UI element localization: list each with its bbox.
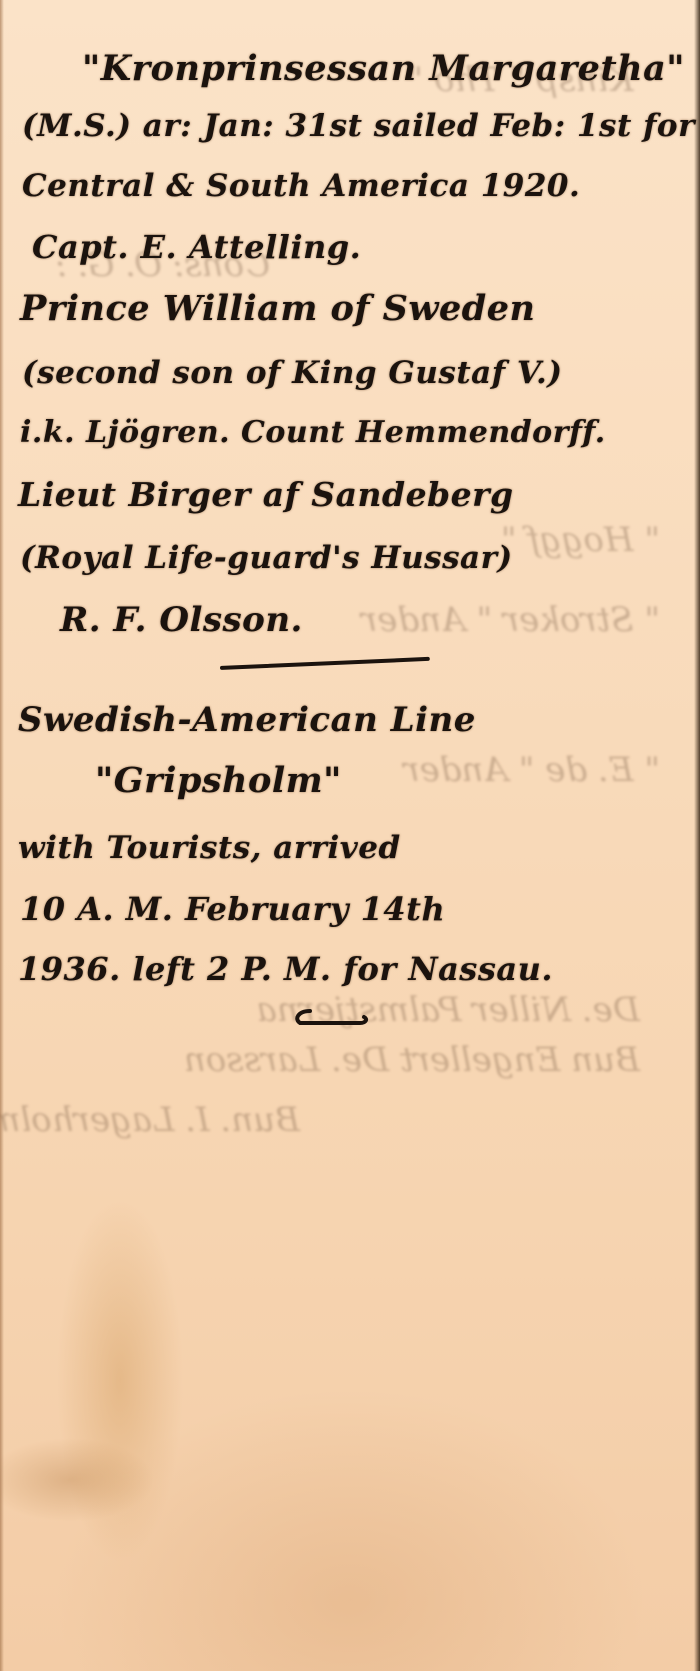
ship-name-line: "Kronprinsessan Margaretha" — [82, 48, 685, 89]
line-name-line: Swedish-American Line — [18, 700, 476, 740]
bleed-line: " Hoggf " — [501, 520, 660, 560]
arrival-time-line: 10 A. M. February 14th — [20, 890, 445, 928]
bleed-line: Bun. I. Lagerholm — [0, 1100, 300, 1140]
departure-line: 1936. left 2 P. M. for Nassau. — [18, 950, 553, 988]
paper-right-edge — [694, 0, 700, 1671]
document-page: " Kinsp " Tho " Cons: O. G. : " Hoggf " … — [0, 0, 700, 1671]
bleed-line: " E. de " Ander — [403, 750, 660, 790]
bleed-line: " Stroker " Ander — [361, 600, 660, 640]
bleed-line: Bun Engellert De. Larsson — [184, 1040, 640, 1080]
regiment-line: (Royal Life-guard's Hussar) — [20, 540, 513, 576]
captain-line: Capt. E. Attelling. — [32, 228, 361, 266]
prince-line: Prince William of Sweden — [20, 288, 535, 329]
ship-name-line: "Gripsholm" — [95, 760, 342, 801]
tourists-line: with Tourists, arrived — [18, 830, 401, 866]
attendees-line: i.k. Ljögren. Count Hemmendorff. — [20, 415, 606, 450]
end-flourish-icon — [290, 1005, 370, 1029]
lieutenant-line: Lieut Birger af Sandeberg — [18, 475, 514, 514]
arrival-line: (M.S.) ar: Jan: 31st sailed Feb: 1st for — [22, 108, 695, 144]
signature-line: R. F. Olsson. — [60, 600, 303, 640]
separator-rule — [220, 657, 430, 670]
parenthetical-line: (second son of King Gustaf V.) — [22, 355, 563, 391]
destination-line: Central & South America 1920. — [22, 168, 580, 204]
paper-left-edge — [0, 0, 4, 1671]
